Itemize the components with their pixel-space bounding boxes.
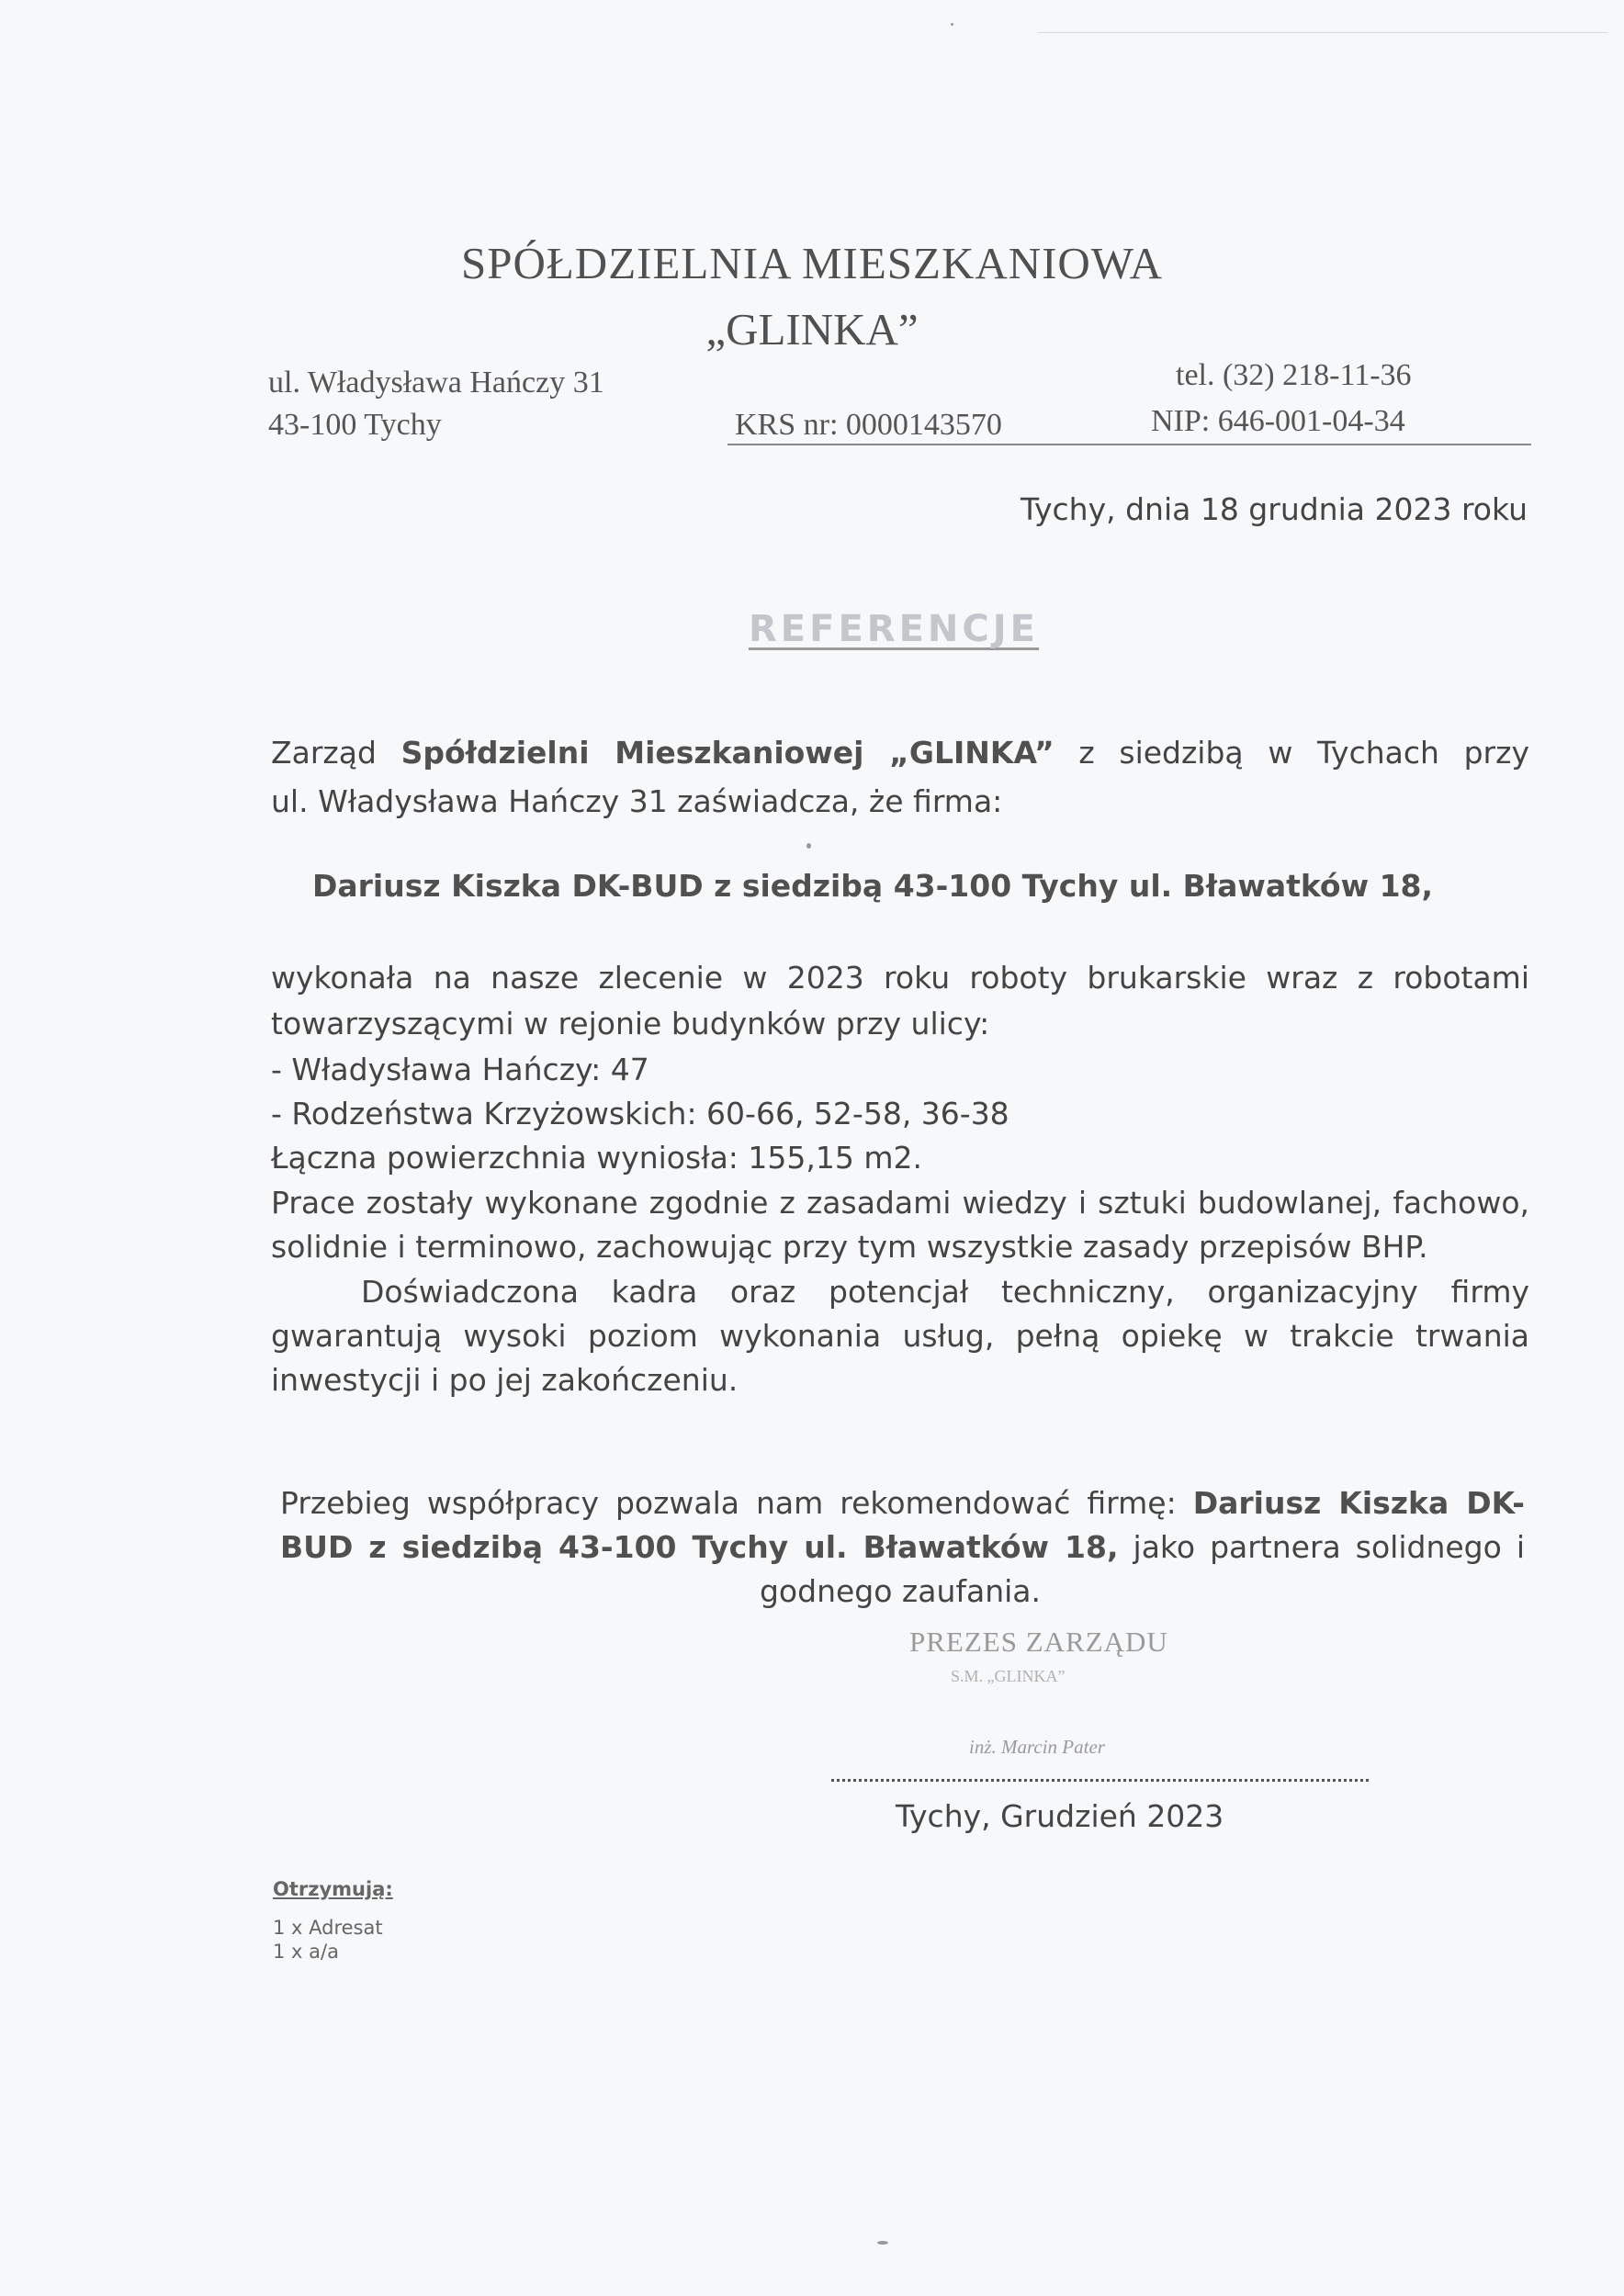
stamp-title: PREZES ZARZĄDU bbox=[909, 1626, 1168, 1659]
stamp-subtitle: S.M. „GLINKA” bbox=[951, 1667, 1065, 1686]
recommendation-line-2: BUD z siedzibą 43-100 Tychy ul. Bławatkó… bbox=[280, 1525, 1525, 1570]
quality-line-1: Prace zostały wykonane zgodnie z zasadam… bbox=[271, 1180, 1529, 1226]
company-line: Dariusz Kiszka DK-BUD z siedzibą 43-100 … bbox=[312, 868, 1433, 904]
intro-text-a: Zarząd bbox=[271, 735, 401, 771]
phone-number: tel. (32) 218-11-36 bbox=[1176, 358, 1412, 393]
distribution-item: 1 x a/a bbox=[273, 1941, 339, 1963]
scan-speck bbox=[951, 23, 953, 26]
distribution-label: Otrzymują: bbox=[273, 1878, 393, 1900]
distribution-item: 1 x Adresat bbox=[273, 1917, 383, 1939]
street-item: - Rodzeństwa Krzyżowskich: 60-66, 52-58,… bbox=[271, 1091, 1529, 1137]
experience-line-1: Doświadczona kadra oraz potencjał techni… bbox=[361, 1269, 1529, 1315]
signature-date: Tychy, Grudzień 2023 bbox=[896, 1798, 1224, 1834]
signature-line bbox=[831, 1779, 1369, 1782]
intro-line-2: ul. Władysława Hańczy 31 zaświadcza, że … bbox=[271, 779, 1529, 825]
scan-speck bbox=[806, 843, 811, 849]
address-street: ul. Władysława Hańczy 31 bbox=[268, 366, 604, 400]
organization-name: SPÓŁDZIELNIA MIESZKANIOWA bbox=[0, 237, 1624, 289]
krs-number: KRS nr: 0000143570 bbox=[735, 408, 1002, 443]
signatory-name: inż. Marcin Pater bbox=[969, 1736, 1105, 1759]
work-line-2: towarzyszącymi w rejonie budynków przy u… bbox=[271, 1001, 1529, 1047]
recommendation-company: Dariusz Kiszka DK- bbox=[1193, 1485, 1525, 1521]
document-title: REFERENCJE bbox=[749, 611, 1039, 650]
recommendation-text: Przebieg współpracy pozwala nam rekomend… bbox=[280, 1485, 1193, 1521]
intro-org-name: Spółdzielni Mieszkaniowej „GLINKA” bbox=[401, 735, 1054, 771]
nip-number: NIP: 646-001-04-34 bbox=[1151, 404, 1405, 439]
document-date: Tychy, dnia 18 grudnia 2023 roku bbox=[1021, 491, 1528, 527]
recommendation-company: BUD z siedzibą 43-100 Tychy ul. Bławatkó… bbox=[280, 1529, 1119, 1565]
scan-speck bbox=[877, 2241, 888, 2245]
intro-line-1: Zarząd Spółdzielni Mieszkaniowej „GLINKA… bbox=[271, 730, 1529, 776]
street-item: - Władysława Hańczy: 47 bbox=[271, 1047, 1529, 1093]
letterhead-divider bbox=[727, 444, 1531, 445]
recommendation-line-1: Przebieg współpracy pozwala nam rekomend… bbox=[280, 1480, 1525, 1526]
address-city: 43-100 Tychy bbox=[268, 408, 442, 443]
recommendation-text: jako partnera solidnego i bbox=[1119, 1529, 1526, 1565]
quality-line-2: solidnie i terminowo, zachowując przy ty… bbox=[271, 1224, 1529, 1270]
scan-edge-line bbox=[1038, 32, 1607, 33]
experience-line-3: inwestycji i po jej zakończeniu. bbox=[271, 1357, 1529, 1403]
organization-short-name: „GLINKA” bbox=[0, 303, 1624, 355]
recommendation-line-3: godnego zaufania. bbox=[271, 1569, 1529, 1615]
total-area: Łączna powierzchnia wyniosła: 155,15 m2. bbox=[271, 1135, 1529, 1181]
work-line-1: wykonała na nasze zlecenie w 2023 roku r… bbox=[271, 955, 1529, 1001]
experience-line-2: gwarantują wysoki poziom wykonania usług… bbox=[271, 1313, 1529, 1359]
intro-text-b: z siedzibą w Tychach przy bbox=[1054, 735, 1529, 771]
